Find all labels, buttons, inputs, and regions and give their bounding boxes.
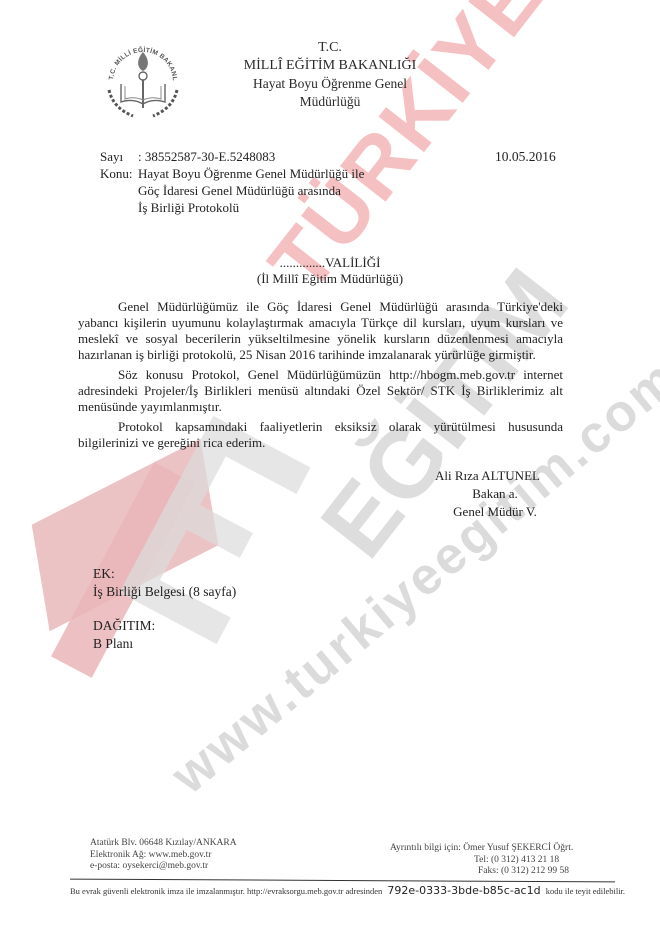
letterhead: T.C. MİLLÎ EĞİTİM BAKANLIĞI Hayat Boyu Ö… <box>230 39 430 111</box>
spacer <box>93 601 236 617</box>
konu-row-2: Göç İdaresi Genel Müdürlüğü arasında <box>100 182 364 199</box>
footer-divider <box>70 879 615 883</box>
letterhead-ministry: MİLLÎ EĞİTİM BAKANLIĞI <box>230 57 430 75</box>
footer-tel: Tel: (0 312) 413 21 18 <box>390 855 573 867</box>
footer-email: e-posta: oysekerci@meb.gov.tr <box>90 861 237 873</box>
signatory-title-1: Bakan a. <box>425 485 565 503</box>
konu-line-2: Göç İdaresi Genel Müdürlüğü arasında <box>138 182 341 199</box>
attachments-block: EK: İş Birliği Belgesi (8 sayfa) DAĞITIM… <box>93 565 236 653</box>
konu-spacer <box>100 199 138 216</box>
signatory-name: Ali Rıza ALTUNEL <box>425 467 565 485</box>
footer-address: Atatürk Blv. 06648 Kızılay/ANKARA <box>90 838 237 850</box>
konu-line-1: Hayat Boyu Öğrenme Genel Müdürlüğü ile <box>138 165 364 182</box>
dagitim-label: DAĞITIM: <box>93 617 236 635</box>
sayi-value: : 38552587-30-E.5248083 <box>138 148 275 165</box>
document-meta: Sayı : 38552587-30-E.5248083 Konu: Hayat… <box>100 148 364 216</box>
body-paragraph: Protokol kapsamındaki faaliyetlerin eksi… <box>78 419 563 451</box>
sayi-row: Sayı : 38552587-30-E.5248083 <box>100 148 364 165</box>
konu-label: Konu: <box>100 165 138 182</box>
verify-code: 792e-0333-3bde-b85c-ac1d <box>384 884 543 897</box>
document-date: 10.05.2016 <box>495 149 556 165</box>
body-paragraph: Genel Müdürlüğümüz ile Göç İdaresi Genel… <box>78 299 563 363</box>
letterhead-tc: T.C. <box>230 39 430 57</box>
ek-item: İş Birliği Belgesi (8 sayfa) <box>93 583 236 601</box>
verification-line: Bu evrak güvenli elektronik imza ile imz… <box>70 884 625 897</box>
konu-row-3: İş Birliği Protokolü <box>100 199 364 216</box>
footer-address-block: Atatürk Blv. 06648 Kızılay/ANKARA Elektr… <box>90 838 237 873</box>
body-paragraph: Söz konusu Protokol, Genel Müdürlüğümüzü… <box>78 367 563 415</box>
letter-body: Genel Müdürlüğümüz ile Göç İdaresi Genel… <box>78 299 563 455</box>
dagitim-item: B Planı <box>93 635 236 653</box>
verify-prefix: Bu evrak güvenli elektronik imza ile imz… <box>70 886 382 896</box>
ek-label: EK: <box>93 565 236 583</box>
signature-block: Ali Rıza ALTUNEL Bakan a. Genel Müdür V. <box>425 467 565 521</box>
document-page: T.C. MİLLİ EĞİTİM BAKANLIĞI T.C. MİLLÎ E… <box>0 0 660 934</box>
meb-emblem-icon: T.C. MİLLİ EĞİTİM BAKANLIĞI <box>103 38 183 122</box>
letterhead-directorate: Hayat Boyu Öğrenme Genel Müdürlüğü <box>230 75 430 111</box>
addressee-line-2: (İl Millî Eğitim Müdürlüğü) <box>200 271 460 287</box>
konu-spacer <box>100 182 138 199</box>
addressee: ..............VALİLİĞİ (İl Millî Eğitim … <box>200 255 460 287</box>
footer-contact-block: Ayrıntılı bilgi için: Ömer Yusuf ŞEKERCİ… <box>390 843 573 878</box>
addressee-line-1: ..............VALİLİĞİ <box>200 255 460 271</box>
verify-suffix: kodu ile teyit edilebilir. <box>546 886 625 896</box>
footer-fax: Faks: (0 312) 212 99 58 <box>390 866 573 878</box>
footer-web: Elektronik Ağ: www.meb.gov.tr <box>90 850 237 862</box>
konu-line-3: İş Birliği Protokolü <box>138 199 239 216</box>
footer-contact: Ayrıntılı bilgi için: Ömer Yusuf ŞEKERCİ… <box>390 843 573 855</box>
sayi-label: Sayı <box>100 148 138 165</box>
konu-row: Konu: Hayat Boyu Öğrenme Genel Müdürlüğü… <box>100 165 364 182</box>
signatory-title-2: Genel Müdür V. <box>425 503 565 521</box>
